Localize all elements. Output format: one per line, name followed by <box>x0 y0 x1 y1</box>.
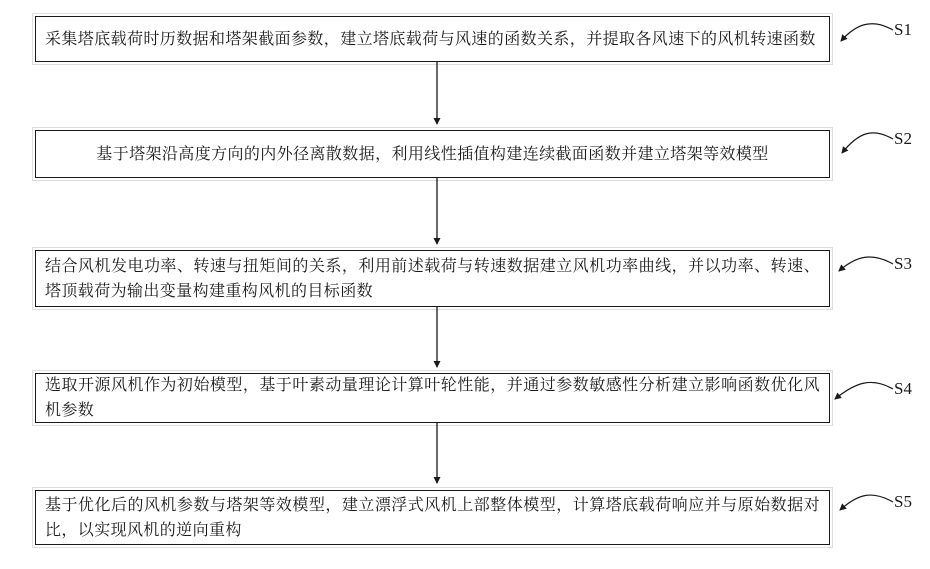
leader-line-s3 <box>839 257 893 271</box>
leader-line-s2 <box>842 133 893 153</box>
flow-step-text-2: 基于塔架沿高度方向的内外径离散数据，利用线性插值构建连续截面函数并建立塔架等效模… <box>45 142 820 167</box>
step-label-s1: S1 <box>894 21 928 39</box>
step-label-s3: S3 <box>894 255 928 273</box>
flow-step-text-1: 采集塔底载荷时历数据和塔架截面参数，建立塔底载荷与风速的函数关系，并提取各风速下… <box>45 27 820 52</box>
step-label-s2: S2 <box>894 130 928 148</box>
flow-step-text-4: 选取开源风机作为初始模型，基于叶素动量理论计算叶轮性能，并通过参数敏感性分析建立… <box>45 373 820 423</box>
flow-step-box-4: 选取开源风机作为初始模型，基于叶素动量理论计算叶轮性能，并通过参数敏感性分析建立… <box>35 373 830 423</box>
flow-step-box-2: 基于塔架沿高度方向的内外径离散数据，利用线性插值构建连续截面函数并建立塔架等效模… <box>35 130 830 178</box>
leader-line-s5 <box>840 495 893 510</box>
leader-line-s4 <box>835 382 893 399</box>
flow-step-box-3: 结合风机发电功率、转速与扭矩间的关系，利用前述载荷与转速数据建立风机功率曲线，并… <box>35 250 830 307</box>
flow-step-box-5: 基于优化后的风机参数与塔架等效模型，建立漂浮式风机上部整体模型，计算塔底载荷响应… <box>35 490 830 545</box>
flow-step-text-3: 结合风机发电功率、转速与扭矩间的关系，利用前述载荷与转速数据建立风机功率曲线，并… <box>45 254 820 304</box>
step-label-s4: S4 <box>894 380 928 398</box>
flow-step-box-1: 采集塔底载荷时历数据和塔架截面参数，建立塔底载荷与风速的函数关系，并提取各风速下… <box>35 16 830 62</box>
flowchart-canvas: 采集塔底载荷时历数据和塔架截面参数，建立塔底载荷与风速的函数关系，并提取各风速下… <box>0 0 930 569</box>
flow-step-text-5: 基于优化后的风机参数与塔架等效模型，建立漂浮式风机上部整体模型，计算塔底载荷响应… <box>45 493 820 543</box>
step-label-s5: S5 <box>894 493 928 511</box>
leader-line-s1 <box>841 24 893 41</box>
